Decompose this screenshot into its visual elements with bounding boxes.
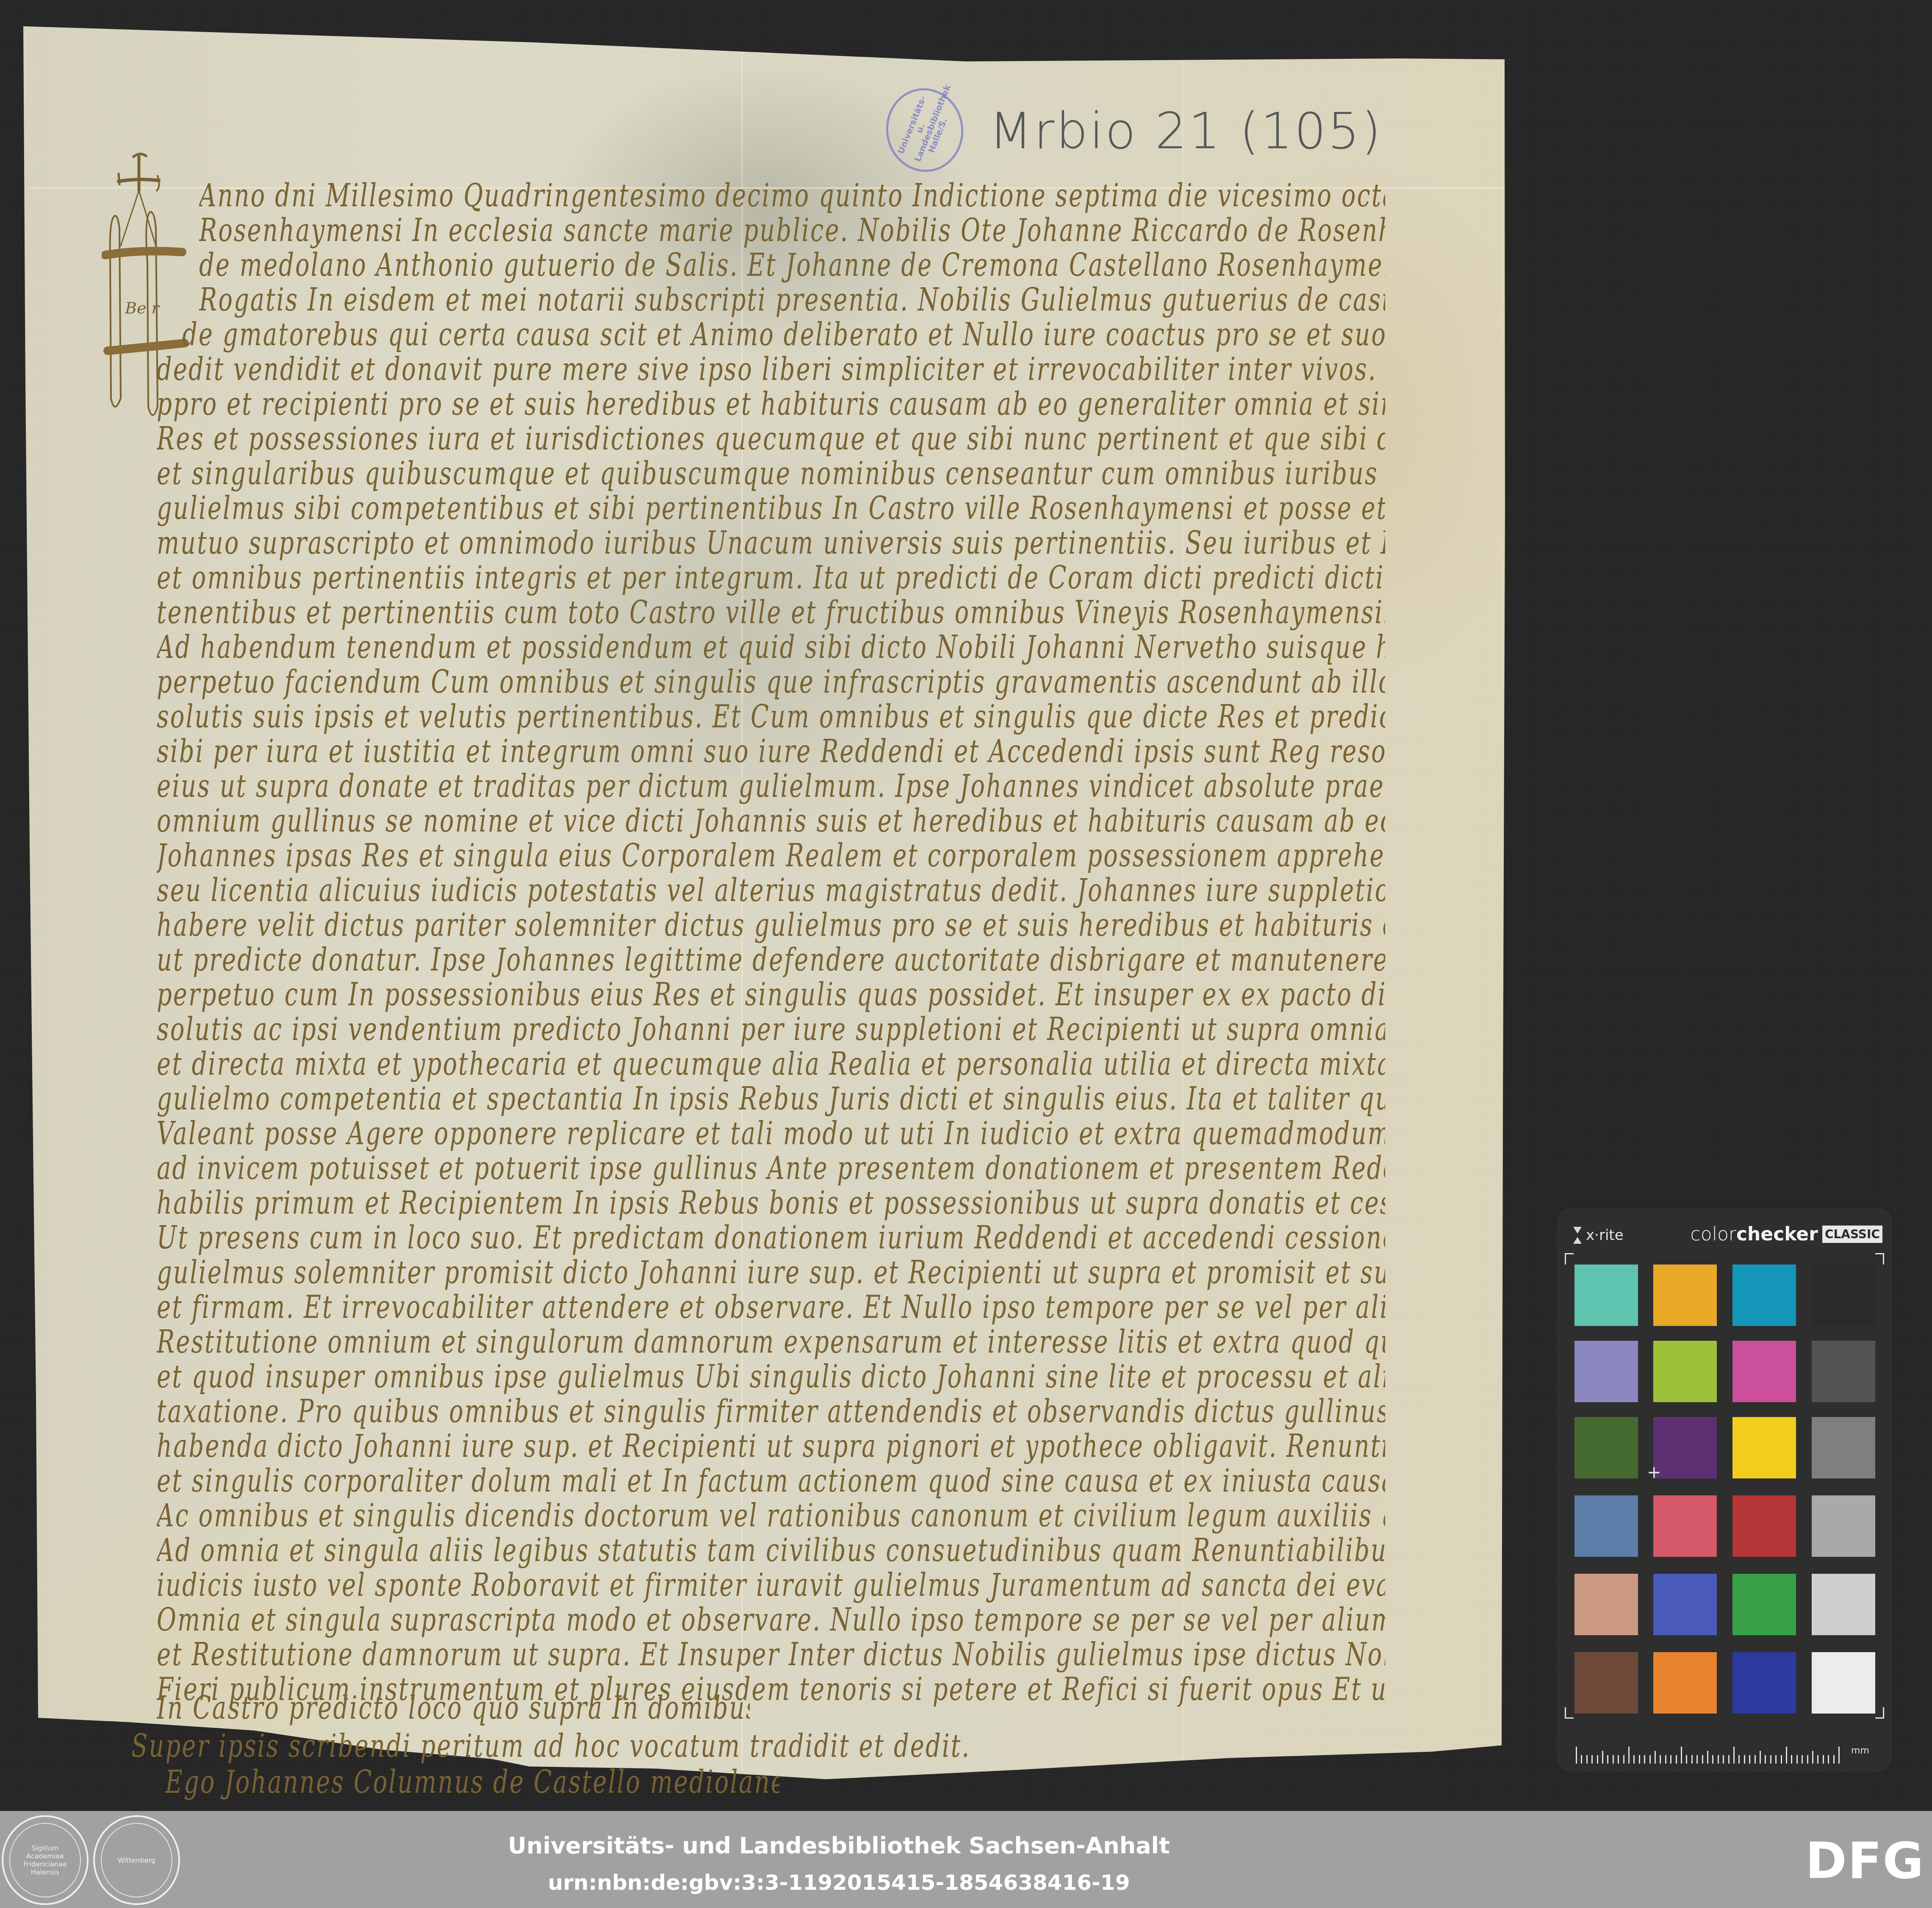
- xrite-logo: x·rite: [1572, 1227, 1624, 1244]
- color-patch: [1732, 1341, 1796, 1402]
- text-line: Restitutione omnium et singulorum damnor…: [157, 1324, 1385, 1361]
- ruler-tick: [1833, 1755, 1835, 1764]
- color-checker-card: x·rite color checker CLASSIC + mm: [1555, 1207, 1893, 1773]
- ruler-tick: [1665, 1755, 1666, 1764]
- footer-bar: Sigillum Academiae Fridericianae Halensi…: [0, 1811, 1932, 1908]
- color-patch: [1732, 1495, 1796, 1557]
- color-patch: [1574, 1417, 1638, 1478]
- ruler-tick: [1749, 1755, 1750, 1764]
- text-line: et Restitutione damnorum ut supra. Et In…: [157, 1636, 1385, 1674]
- color-patch: [1574, 1652, 1638, 1714]
- text-line: solutis ac ipsi vendentium predicto Joha…: [157, 1011, 1385, 1048]
- text-line: ut predicte donatur. Ipse Johannes legit…: [157, 942, 1385, 979]
- text-line: perpetuo cum In possessionibus eius Res …: [157, 976, 1385, 1014]
- xrite-icon: [1572, 1227, 1583, 1244]
- ruler-tick: [1733, 1747, 1735, 1764]
- color-patch: [1574, 1574, 1638, 1635]
- text-line: Anno dni Millesimo Quadringentesimo deci…: [199, 177, 1385, 215]
- text-line: Valeant posse Agere opponere replicare e…: [157, 1115, 1385, 1153]
- color-patch: [1574, 1341, 1638, 1402]
- classic-badge: CLASSIC: [1822, 1226, 1882, 1243]
- color-patch: [1812, 1341, 1875, 1402]
- mm-ruler: [1576, 1745, 1847, 1764]
- text-line: et directa mixta et ypothecaria et quecu…: [157, 1046, 1385, 1083]
- text-line: sibi per iura et iustitia et integrum om…: [157, 733, 1385, 771]
- notary-subscription-line: Super ipsis scribendi peritum ad hoc voc…: [131, 1728, 1385, 1765]
- ruler-tick: [1639, 1755, 1640, 1764]
- ruler-tick: [1791, 1755, 1792, 1764]
- color-patch: [1653, 1652, 1717, 1714]
- text-line: habere velit dictus pariter solemniter d…: [157, 907, 1385, 944]
- urn-identifier: urn:nbn:de:gbv:3:3-1192015415-1854638416…: [0, 1870, 1932, 1895]
- ruler-tick: [1728, 1755, 1730, 1764]
- color-patch: [1812, 1495, 1875, 1557]
- color-patch: [1653, 1495, 1717, 1557]
- color-patch: [1812, 1265, 1875, 1326]
- text-line: habilis primum et Recipientem In ipsis R…: [157, 1185, 1385, 1222]
- text-line: de medolano Anthonio gutuerio de Salis. …: [199, 247, 1385, 284]
- ruler-tick: [1838, 1747, 1840, 1764]
- corner-mark-icon: [1875, 1707, 1884, 1719]
- ruler-tick: [1628, 1747, 1630, 1764]
- text-line: tenentibus et pertinentiis cum toto Cast…: [157, 594, 1385, 632]
- text-line: gulielmo competentia et spectantia In ip…: [157, 1081, 1385, 1118]
- corner-mark-icon: [1565, 1707, 1574, 1719]
- ruler-tick: [1786, 1747, 1787, 1764]
- ruler-tick: [1660, 1755, 1661, 1764]
- ruler-tick: [1712, 1755, 1713, 1764]
- dfg-logo: DFG: [1805, 1836, 1924, 1886]
- ruler-tick: [1744, 1755, 1745, 1764]
- ruler-tick: [1618, 1755, 1619, 1764]
- ruler-tick: [1681, 1747, 1682, 1764]
- text-line: Ad habendum tenendum et possidendum et q…: [157, 629, 1385, 666]
- ruler-tick: [1812, 1751, 1813, 1764]
- ruler-tick: [1581, 1755, 1582, 1764]
- library-stamp-text: Universitäts- u. Landesbibliothek Halle/…: [895, 94, 954, 166]
- ruler-tick: [1775, 1755, 1777, 1764]
- text-line: Res et possessiones iura et iurisdiction…: [157, 421, 1385, 458]
- text-line: eius ut supra donate et traditas per dic…: [157, 768, 1385, 805]
- text-line: Ut presens cum in loco suo. Et predictam…: [157, 1220, 1385, 1257]
- ruler-tick: [1823, 1755, 1824, 1764]
- text-line: et firmam. Et irrevocabiliter attendere …: [157, 1289, 1385, 1326]
- color-patch: [1812, 1417, 1875, 1478]
- ruler-tick: [1670, 1755, 1671, 1764]
- text-line: In Castro predicto loco quo supra In dom…: [157, 1690, 750, 1727]
- text-line: ad invicem potuisset et potuerit ipse gu…: [157, 1150, 1385, 1187]
- color-patch: [1653, 1341, 1717, 1402]
- text-line: solutis suis ipsis et velutis pertinenti…: [157, 699, 1385, 736]
- title-bold: checker: [1736, 1223, 1818, 1245]
- text-line: seu licentia alicuius iudicis potestatis…: [157, 872, 1385, 910]
- ruler-tick: [1602, 1751, 1603, 1764]
- mm-unit-label: mm: [1851, 1745, 1869, 1756]
- ruler-tick: [1576, 1747, 1577, 1764]
- text-line: dedit vendidit et donavit pure mere sive…: [157, 351, 1385, 388]
- color-patch: [1732, 1265, 1796, 1326]
- ruler-tick: [1623, 1755, 1624, 1764]
- ruler-tick: [1607, 1755, 1608, 1764]
- ruler-tick: [1828, 1755, 1829, 1764]
- text-line: Rosenhaymensi In ecclesia sancte marie p…: [199, 212, 1385, 250]
- text-line: Ad omnia et singula aliis legibus statut…: [157, 1532, 1385, 1570]
- ruler-tick: [1738, 1755, 1740, 1764]
- ruler-tick: [1770, 1755, 1771, 1764]
- color-patch: [1812, 1652, 1875, 1714]
- ruler-tick: [1686, 1755, 1687, 1764]
- ruler-tick: [1718, 1755, 1719, 1764]
- text-line: et singularibus quibuscumque et quibuscu…: [157, 455, 1385, 493]
- text-line: et omnibus pertinentiis integris et per …: [157, 560, 1385, 597]
- color-patch: [1732, 1652, 1796, 1714]
- ruler-tick: [1807, 1755, 1808, 1764]
- text-line: omnium gullinus se nomine et vice dicti …: [157, 803, 1385, 840]
- ruler-tick: [1723, 1755, 1724, 1764]
- text-line: iudicis iusto vel sponte Roboravit et fi…: [157, 1567, 1385, 1604]
- text-line: taxatione. Pro quibus omnibus et singuli…: [157, 1393, 1385, 1431]
- color-patch: [1653, 1265, 1717, 1326]
- ruler-tick: [1655, 1751, 1656, 1764]
- ruler-tick: [1707, 1751, 1708, 1764]
- text-line: et singulis corporaliter dolum mali et I…: [157, 1463, 1385, 1500]
- ruler-tick: [1765, 1755, 1766, 1764]
- colorchecker-title: color checker CLASSIC: [1691, 1223, 1882, 1245]
- ruler-tick: [1613, 1755, 1614, 1764]
- text-line: gulielmus solemniter promisit dicto Joha…: [157, 1254, 1385, 1292]
- ruler-tick: [1696, 1755, 1698, 1764]
- ruler-tick: [1817, 1755, 1818, 1764]
- corner-mark-icon: [1875, 1253, 1884, 1265]
- text-line: Johannes ipsas Res et singula eius Corpo…: [157, 838, 1385, 875]
- color-patch: [1653, 1417, 1717, 1478]
- ruler-tick: [1633, 1755, 1635, 1764]
- text-line: perpetuo faciendum Cum omnibus et singul…: [157, 664, 1385, 701]
- ruler-tick: [1644, 1755, 1645, 1764]
- color-patch: [1812, 1574, 1875, 1635]
- ruler-tick: [1760, 1751, 1761, 1764]
- ruler-tick: [1802, 1755, 1803, 1764]
- ruler-tick: [1597, 1755, 1598, 1764]
- crosshair-icon: +: [1647, 1463, 1661, 1482]
- color-patch: [1574, 1265, 1638, 1326]
- text-line: habenda dicto Johanni iure sup. et Recip…: [157, 1428, 1385, 1465]
- ruler-tick: [1649, 1755, 1651, 1764]
- text-line: Omnia et singula suprascripta modo et ob…: [157, 1602, 1385, 1639]
- notary-subscription-line: Ego Johannes Columnus de Castello mediol…: [165, 1764, 779, 1801]
- xrite-brand-text: x·rite: [1586, 1227, 1624, 1244]
- institution-name: Universitäts- und Landesbibliothek Sachs…: [0, 1832, 1932, 1859]
- ruler-tick: [1702, 1755, 1703, 1764]
- ruler-tick: [1796, 1755, 1798, 1764]
- shelfmark-annotation: Mrbio 21 (105): [989, 102, 1383, 160]
- ruler-tick: [1591, 1755, 1593, 1764]
- ruler-tick: [1755, 1755, 1756, 1764]
- ruler-tick: [1676, 1755, 1677, 1764]
- color-patch: [1574, 1495, 1638, 1557]
- text-line: de gmatorebus qui certa causa scit et An…: [182, 316, 1385, 354]
- ruler-tick: [1691, 1755, 1693, 1764]
- text-line: et quod insuper omnibus ipse gulielmus U…: [157, 1359, 1385, 1396]
- text-line: Rogatis In eisdem et mei notarii subscri…: [199, 282, 1385, 319]
- corner-mark-icon: [1565, 1253, 1574, 1265]
- ruler-tick: [1586, 1755, 1588, 1764]
- text-line: mutuo suprascripto et omnimodo iuribus U…: [157, 525, 1385, 562]
- notary-initials: Be r: [125, 299, 160, 317]
- text-line: gulielmus sibi competentibus et sibi per…: [157, 490, 1385, 527]
- ruler-tick: [1781, 1755, 1782, 1764]
- text-line: Ac omnibus et singulis dicendis doctorum…: [157, 1498, 1385, 1535]
- color-patch: [1653, 1574, 1717, 1635]
- text-line: ppro et recipienti pro se et suis heredi…: [157, 386, 1385, 423]
- color-patch: [1732, 1417, 1796, 1478]
- color-patch: [1732, 1574, 1796, 1635]
- title-light: color: [1691, 1223, 1736, 1245]
